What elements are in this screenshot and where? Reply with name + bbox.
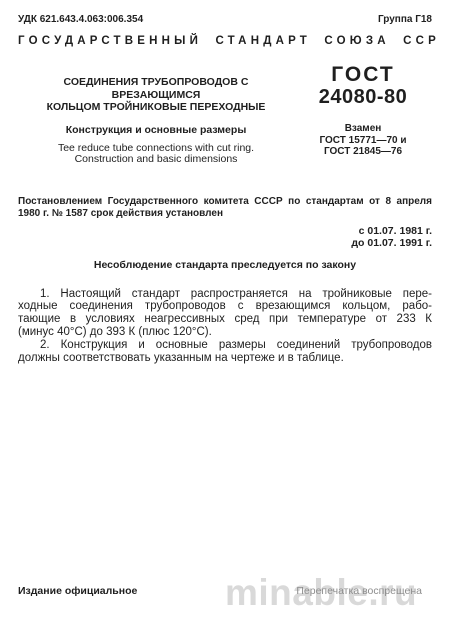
replaces-label: Взамен xyxy=(294,123,432,135)
state-standard-heading: ГОСУДАРСТВЕННЫЙ СТАНДАРТ СОЮЗА ССР xyxy=(18,35,432,47)
title-ru-line: СОЕДИНЕНИЯ ТРУБОПРОВОДОВ С ВРЕЗАЮЩИМСЯ xyxy=(18,76,294,101)
title-en-line: Construction and basic dimensions xyxy=(18,154,294,166)
document-title-en: Tee reduce tube connections with cut rin… xyxy=(18,143,294,166)
designation-column: ГОСТ 24080-80 Взамен ГОСТ 15771—70 и ГОС… xyxy=(294,64,432,166)
validity-dates: с 01.07. 1981 г. до 01.07. 1991 г. xyxy=(18,225,432,249)
decree-line: Постановлением Государственного комитета… xyxy=(18,196,432,209)
standard-designation-number: 24080-80 xyxy=(294,87,432,108)
group-code: Группа Г18 xyxy=(378,14,432,25)
gost-document-page: УДК 621.643.4.063:006.354 Группа Г18 ГОС… xyxy=(0,0,450,636)
clause-1-line: ходные соединения трубопроводов с врезаю… xyxy=(18,300,432,313)
clause-1-line: 1. Настоящий стандарт распространяется н… xyxy=(18,288,432,301)
decree-line: 1980 г. № 1587 срок действия установлен xyxy=(18,208,432,221)
clause-2-paragraph: 2. Конструкция и основные размеры соедин… xyxy=(18,339,432,365)
replaces-note: Взамен ГОСТ 15771—70 и ГОСТ 21845—76 xyxy=(294,123,432,158)
clause-1-paragraph: 1. Настоящий стандарт распространяется н… xyxy=(18,288,432,340)
decree-statement: Постановлением Государственного комитета… xyxy=(18,196,432,221)
clause-1-line: тающие в условиях неагрессивных сред при… xyxy=(18,313,432,326)
document-title-ru: СОЕДИНЕНИЯ ТРУБОПРОВОДОВ С ВРЕЗАЮЩИМСЯ К… xyxy=(18,76,294,114)
law-enforcement-notice: Несоблюдение стандарта преследуется по з… xyxy=(18,259,432,271)
valid-to-date: до 01.07. 1991 г. xyxy=(18,237,432,249)
top-reference-row: УДК 621.643.4.063:006.354 Группа Г18 xyxy=(18,14,432,25)
document-subtitle-ru: Конструкция и основные размеры xyxy=(18,124,294,136)
clause-1-line: (минус 40°С) до 393 К (плюс 120°С). xyxy=(18,326,432,339)
udk-number: УДК 621.643.4.063:006.354 xyxy=(18,14,143,25)
replaces-standard: ГОСТ 21845—76 xyxy=(294,146,432,158)
title-block: СОЕДИНЕНИЯ ТРУБОПРОВОДОВ С ВРЕЗАЮЩИМСЯ К… xyxy=(18,64,432,166)
reprint-prohibited-note: Перепечатка воспрещена xyxy=(296,585,422,597)
replaces-standard: ГОСТ 15771—70 и xyxy=(294,135,432,147)
title-column: СОЕДИНЕНИЯ ТРУБОПРОВОДОВ С ВРЕЗАЮЩИМСЯ К… xyxy=(18,64,294,166)
official-edition-note: Издание официальное xyxy=(18,585,137,597)
clause-2-line: должны соответствовать указанным на черт… xyxy=(18,352,432,365)
valid-from-date: с 01.07. 1981 г. xyxy=(18,225,432,237)
clause-2-line: 2. Конструкция и основные размеры соедин… xyxy=(18,339,432,352)
title-ru-line: КОЛЬЦОМ ТРОЙНИКОВЫЕ ПЕРЕХОДНЫЕ xyxy=(18,101,294,114)
standard-designation-label: ГОСТ xyxy=(294,64,432,86)
